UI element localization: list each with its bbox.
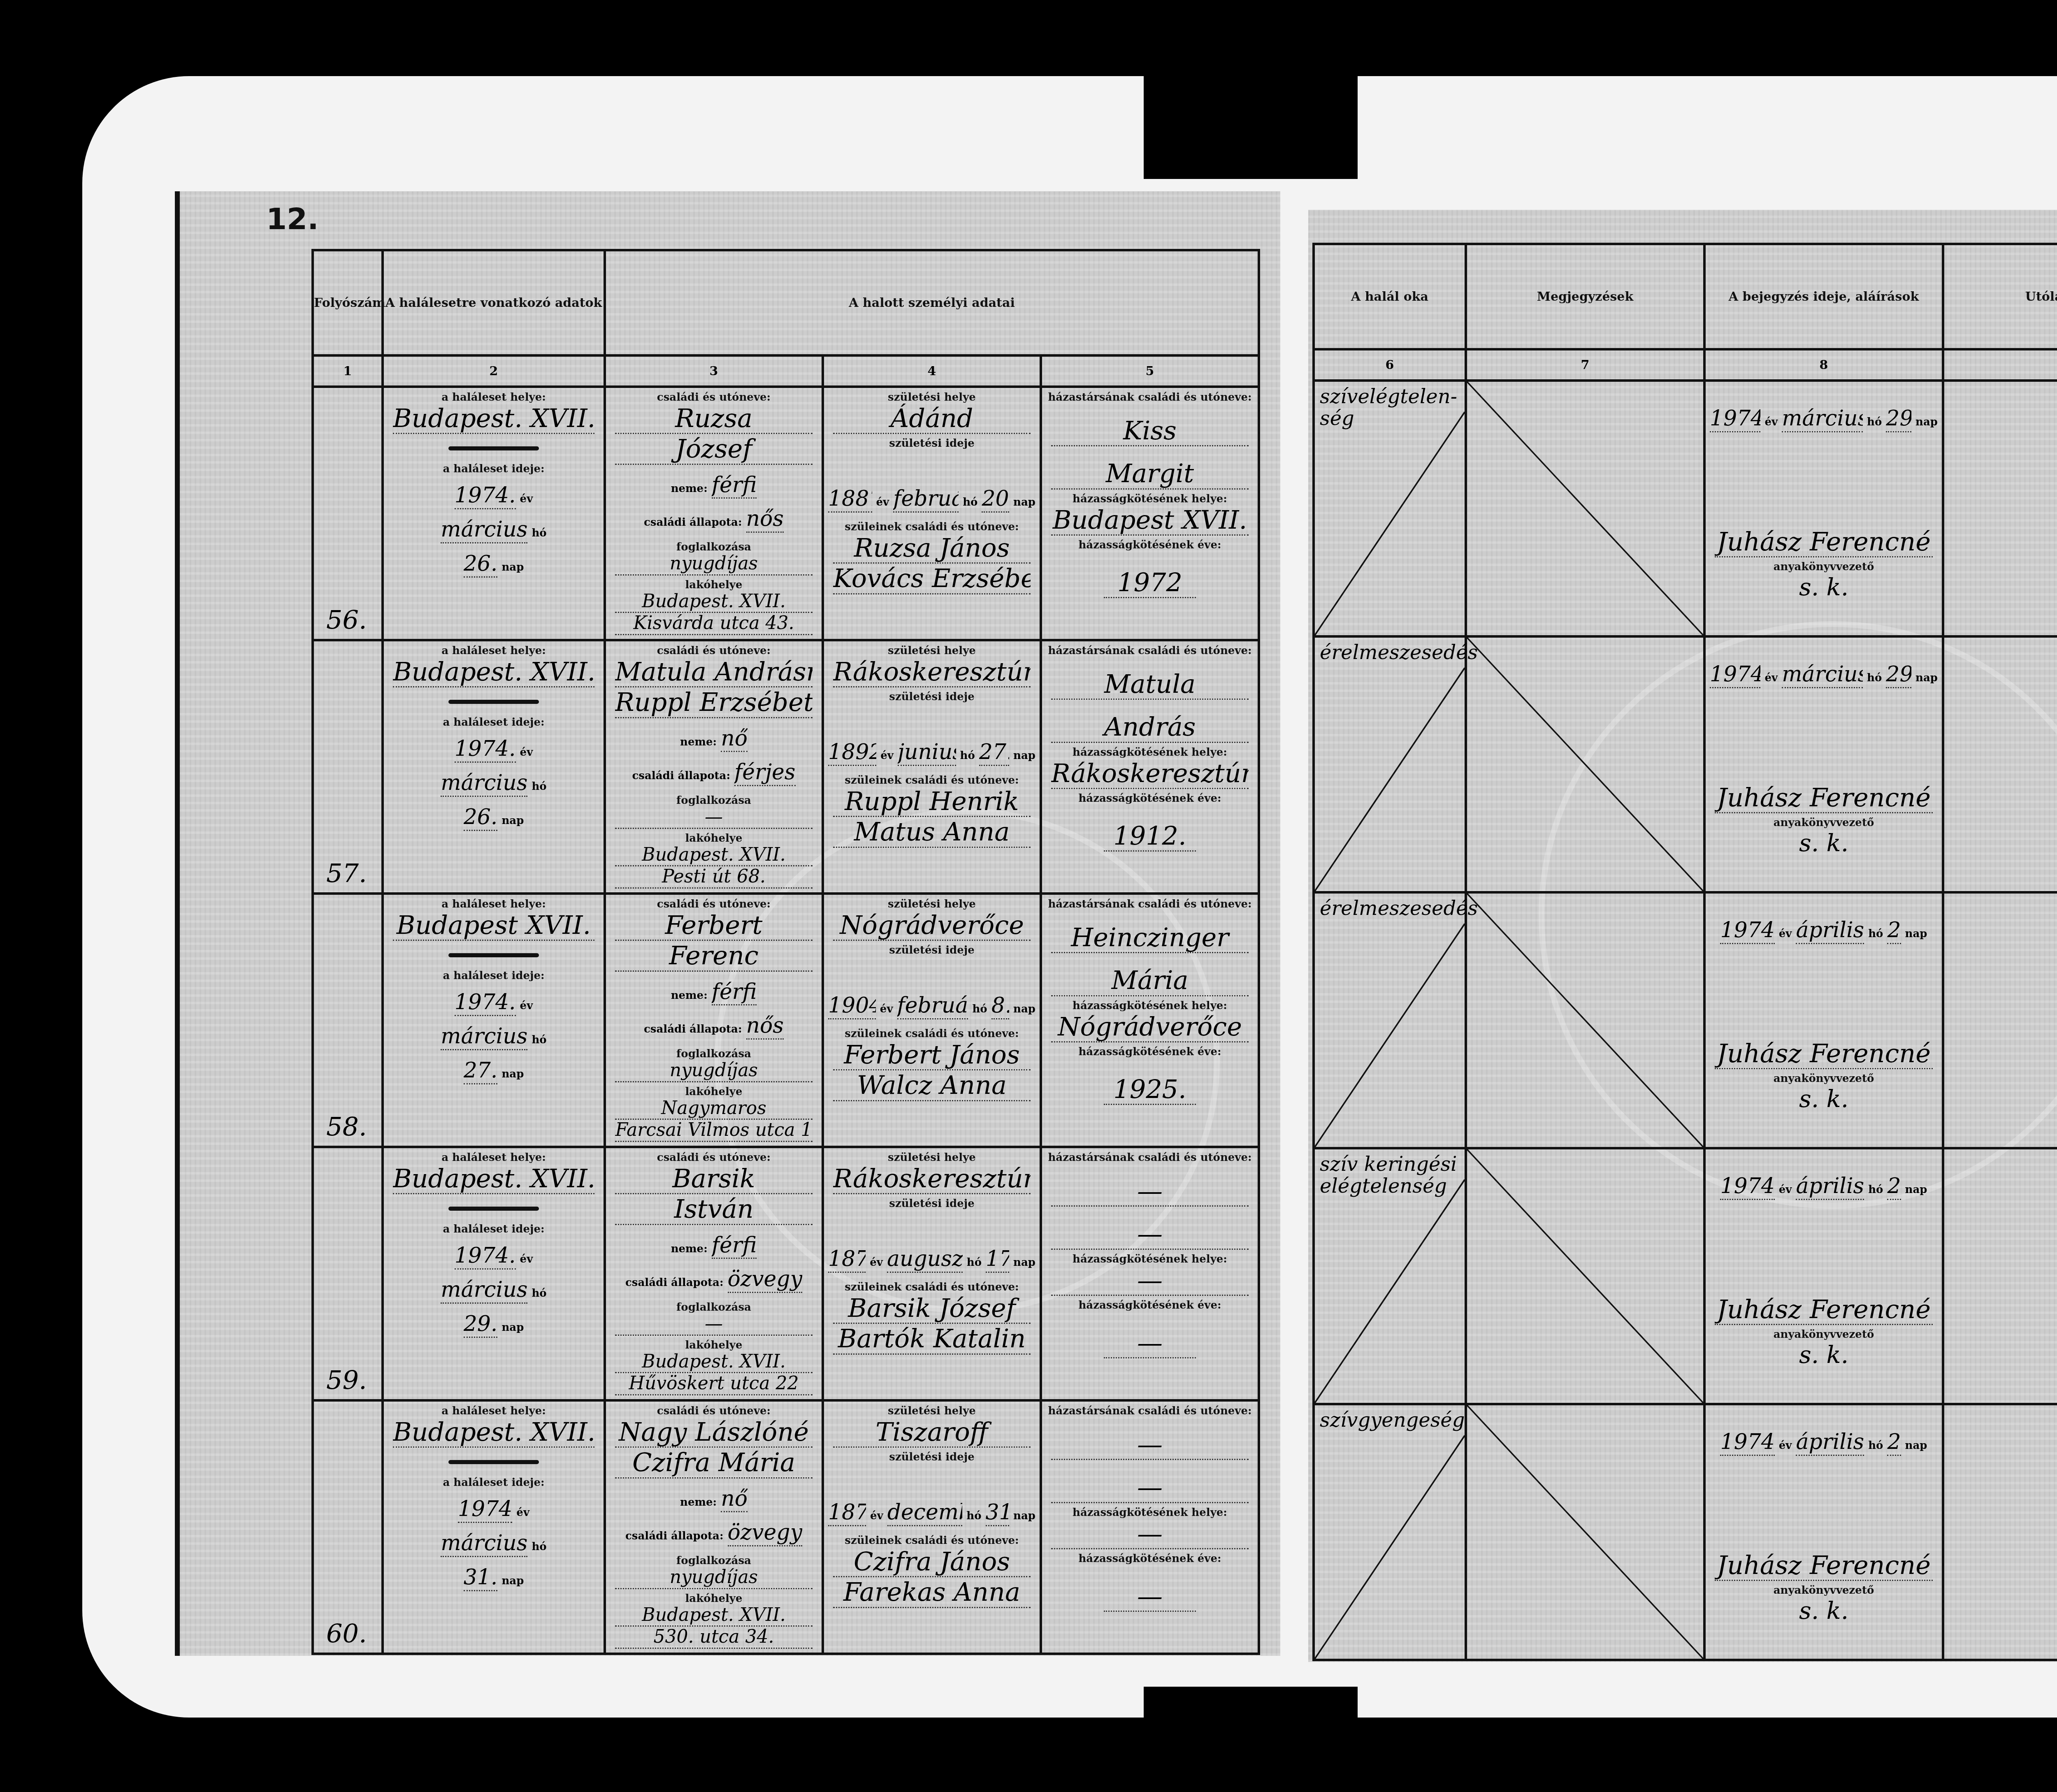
marriage-year-label: házasságkötésének éve: — [1042, 1046, 1258, 1058]
cancel-diagonal — [1315, 894, 1465, 1147]
father: Ruppl Henrik — [833, 787, 1031, 817]
occupation-label: foglalkozása — [606, 1555, 822, 1567]
entry-year: 1974 — [1710, 662, 1760, 688]
entry-day: 29 — [1886, 406, 1911, 432]
marriage-year: — — [1104, 1328, 1196, 1358]
cancel-diagonal — [1315, 1149, 1465, 1403]
death-time-label: a haláleset ideje: — [384, 1223, 604, 1235]
birth-cell: születési helye Rákoskeresztúr születési… — [823, 640, 1041, 894]
year-suffix: év — [870, 1256, 883, 1269]
register-entry: 60. a haláleset helye: Budapest. XVII. a… — [313, 1400, 1259, 1654]
sex-label: neme: — [680, 1496, 717, 1509]
name-label: családi és utóneve: — [606, 1151, 822, 1164]
left-entries: 56. a haláleset helye: Budapest. XVII. a… — [313, 387, 1259, 1654]
frame-gap — [1144, 76, 1358, 179]
remarks-cell — [1466, 892, 1704, 1148]
day-suffix: nap — [501, 1321, 524, 1334]
death-place-label: a haláleset helye: — [384, 898, 604, 910]
blank-dash — [448, 700, 539, 704]
spouse-surname: Heinczinger — [1051, 923, 1249, 953]
entry-year: 1974 — [1720, 1174, 1774, 1200]
column-number: 5 — [1041, 355, 1259, 387]
registrar-signature: Juhász Ferencné — [1715, 1295, 1933, 1325]
name-label: családi és utóneve: — [606, 1405, 822, 1417]
register-entry: 56. a haláleset helye: Budapest. XVII. a… — [313, 387, 1259, 640]
birth-cell: születési helye Nógrádverőce születési i… — [823, 894, 1041, 1147]
birth-month: február — [897, 993, 968, 1019]
death-day: 29. — [464, 1312, 498, 1338]
death-year: 1974. — [455, 1244, 516, 1270]
death-month: március — [441, 1278, 527, 1304]
residence-city: Nagymaros — [615, 1098, 813, 1120]
death-day: 26. — [464, 552, 498, 578]
cause-cell: érelmeszesedés — [1314, 892, 1466, 1148]
birth-year: 1904 — [828, 993, 876, 1019]
later-entries-cell — [1943, 1404, 2057, 1660]
spouse-cell: házastársának családi és utóneve: — — há… — [1041, 1147, 1259, 1400]
entry-number-cell: 60. — [313, 1400, 383, 1654]
birth-month: augusztus — [887, 1247, 963, 1273]
residence-label: lakóhelye — [606, 1592, 822, 1605]
entry-number-cell: 58. — [313, 894, 383, 1147]
blank-dash — [448, 953, 539, 957]
death-data-cell: a haláleset helye: Budapest. XVII. a hal… — [383, 1400, 605, 1654]
birth-month: február — [893, 487, 959, 513]
day-suffix: nap — [501, 1575, 524, 1587]
marital-label: családi állapota: — [632, 770, 730, 782]
year-suffix: év — [880, 1003, 893, 1015]
death-month: március — [441, 518, 527, 543]
entry-month: április — [1796, 1430, 1864, 1456]
marital-status: nős — [746, 507, 784, 533]
registrar-label: anyakönyvvezető — [1706, 561, 1942, 573]
cause-cell: szív keringési elégtelenség — [1314, 1148, 1466, 1404]
residence-city: Budapest. XVII. — [615, 591, 813, 613]
register-entry-right: szív keringési elégtelenség 1974év ápril… — [1314, 1148, 2057, 1404]
birth-time-label: születési ideje — [824, 437, 1040, 450]
parents-label: szüleinek családi és utóneve: — [824, 521, 1040, 533]
name-cell: családi és utóneve: Ruzsa József neme:fé… — [605, 387, 823, 640]
birth-day: 17. — [986, 1247, 1009, 1273]
residence-street: Hűvöskert utca 22 — [615, 1373, 813, 1395]
day-suffix: nap — [1013, 496, 1035, 508]
day-suffix: nap — [1905, 1184, 1927, 1196]
marriage-year: 1972 — [1104, 568, 1196, 598]
spouse-given-name: András — [1051, 712, 1249, 743]
death-time-label: a haláleset ideje: — [384, 970, 604, 982]
parents-label: szüleinek családi és utóneve: — [824, 1028, 1040, 1040]
marriage-place-label: házasságkötésének helye: — [1042, 746, 1258, 759]
spouse-given-name: Mária — [1051, 966, 1249, 996]
death-time-label: a haláleset ideje: — [384, 716, 604, 729]
entry-number-cell: 59. — [313, 1147, 383, 1400]
occupation: nyugdíjas — [615, 1567, 813, 1589]
death-place-label: a haláleset helye: — [384, 391, 604, 404]
father: Czifra János — [833, 1547, 1031, 1577]
residence-city: Budapest. XVII. — [615, 1351, 813, 1374]
day-suffix: nap — [1013, 1510, 1035, 1522]
occupation-label: foglalkozása — [606, 1048, 822, 1060]
death-data-cell: a haláleset helye: Budapest. XVII. a hal… — [383, 387, 605, 640]
cause-cell: érelmeszesedés — [1314, 636, 1466, 892]
spouse-surname: — — [1051, 1430, 1249, 1460]
marriage-place: Rákoskeresztúr — [1051, 759, 1249, 789]
day-suffix: nap — [1915, 416, 1938, 428]
entry-date-cell: 1974év áprilishó 2nap Juhász Ferencné an… — [1704, 1404, 1943, 1660]
parents-label: szüleinek családi és utóneve: — [824, 1281, 1040, 1293]
column-number: 8 — [1704, 349, 1943, 381]
birth-day: 31. — [986, 1500, 1010, 1526]
month-suffix: hó — [960, 750, 975, 762]
mother: Farekas Anna — [833, 1577, 1031, 1608]
cancel-diagonal — [1467, 894, 1703, 1147]
blank-dash — [448, 1460, 539, 1464]
registrar-signature: Juhász Ferencné — [1715, 527, 1933, 557]
birth-time-label: születési ideje — [824, 1451, 1040, 1463]
entry-date-cell: 1974év áprilishó 2nap Juhász Ferencné an… — [1704, 1148, 1943, 1404]
given-name: István — [615, 1194, 813, 1225]
spouse-surname: — — [1051, 1176, 1249, 1207]
birth-place-label: születési helye — [824, 391, 1040, 404]
year-suffix: év — [520, 1000, 533, 1012]
month-suffix: hó — [1868, 928, 1883, 940]
month-suffix: hó — [532, 1541, 546, 1553]
month-suffix: hó — [1868, 1184, 1883, 1196]
cause-cell: szívelégtelen-ség — [1314, 381, 1466, 636]
birth-place-label: születési helye — [824, 898, 1040, 910]
marriage-place: — — [1051, 1265, 1249, 1296]
year-suffix: év — [520, 1253, 533, 1265]
residence-label: lakóhelye — [606, 1086, 822, 1098]
spouse-given-name: — — [1051, 1472, 1249, 1503]
occupation: — — [615, 1314, 813, 1336]
spouse-label: házastársának családi és utóneve: — [1042, 645, 1258, 657]
marital-status: férjes — [734, 760, 795, 786]
marriage-place-label: házasságkötésének helye: — [1042, 1253, 1258, 1265]
register-entry-right: érelmeszesedés 1974év áprilishó 2nap Juh… — [1314, 892, 2057, 1148]
entry-number-cell: 56. — [313, 387, 383, 640]
marital-label: családi állapota: — [625, 1530, 724, 1542]
sex: férfi — [712, 473, 757, 499]
month-suffix: hó — [532, 1034, 546, 1046]
entry-year: 1974 — [1720, 1430, 1774, 1456]
header-folyoszam: Folyószám — [313, 250, 383, 355]
entry-month: március — [1782, 406, 1863, 432]
year-suffix: év — [516, 1506, 529, 1519]
marriage-place: Nógrádverőce — [1051, 1012, 1249, 1042]
birth-time-label: születési ideje — [824, 944, 1040, 956]
sk-mark: s. k. — [1706, 1341, 1942, 1369]
birth-cell: születési helye Rákoskeresztúr születési… — [823, 1147, 1041, 1400]
given-name: Czifra Mária — [615, 1448, 813, 1478]
birth-cell: születési helye Ádánd születési ideje 18… — [823, 387, 1041, 640]
entry-number-cell: 57. — [313, 640, 383, 894]
sk-mark: s. k. — [1706, 573, 1942, 601]
entry-day: 2 — [1887, 918, 1901, 944]
residence-street: 530. utca 34. — [615, 1627, 813, 1649]
register-table-right: A halál oka Megjegyzések A bejegyzés ide… — [1312, 243, 2057, 1661]
registrar-signature: Juhász Ferencné — [1715, 1039, 1933, 1069]
registrar-label: anyakönyvvezető — [1706, 1072, 1942, 1085]
parents-label: szüleinek családi és utóneve: — [824, 774, 1040, 787]
year-suffix: év — [1764, 416, 1778, 428]
right-page: 12. A halál oka Megjegyzések A bejegyzés… — [1308, 210, 2057, 1662]
cancel-diagonal — [1467, 1405, 1703, 1659]
page-number-left: 12. — [266, 202, 319, 236]
occupation: — — [615, 807, 813, 829]
spouse-cell: házastársának családi és utóneve: Matula… — [1041, 640, 1259, 894]
entry-month: április — [1796, 1174, 1864, 1200]
frame-gap-bottom — [1144, 1687, 1358, 1720]
sk-mark: s. k. — [1706, 1085, 1942, 1113]
register-entry-right: szívgyengeség 1974év áprilishó 2nap Juhá… — [1314, 1404, 2057, 1660]
residence-city: Budapest. XVII. — [615, 845, 813, 867]
column-number: 2 — [383, 355, 605, 387]
death-year: 1974. — [455, 737, 516, 763]
blank-dash — [448, 1207, 539, 1211]
month-suffix: hó — [1867, 416, 1882, 428]
spouse-label: házastársának családi és utóneve: — [1042, 1405, 1258, 1417]
entry-year: 1974 — [1710, 406, 1760, 432]
month-suffix: hó — [1867, 672, 1882, 684]
marriage-place: — — [1051, 1519, 1249, 1549]
month-suffix: hó — [963, 496, 977, 508]
sex: nő — [721, 1487, 748, 1513]
surname: Ruzsa — [615, 404, 813, 434]
day-suffix: nap — [1013, 1003, 1035, 1015]
column-number: 3 — [605, 355, 823, 387]
entry-number: 59. — [326, 1365, 367, 1395]
mother: Kovács Erzsébet — [833, 564, 1031, 594]
death-month: március — [441, 1024, 527, 1050]
given-name: Ferenc — [615, 941, 813, 971]
given-name: Ruppl Erzsébet — [615, 687, 813, 718]
year-suffix: év — [870, 1510, 883, 1522]
birth-day: 27. — [979, 740, 1009, 766]
death-place: Budapest XVII. — [393, 910, 594, 941]
header-cause-of-death: A halál oka — [1314, 244, 1466, 349]
entry-day: 2 — [1887, 1174, 1901, 1200]
register-entry: 59. a haláleset helye: Budapest. XVII. a… — [313, 1147, 1259, 1400]
day-suffix: nap — [1905, 928, 1927, 940]
name-label: családi és utóneve: — [606, 898, 822, 910]
name-cell: családi és utóneve: Matula Andrásné Rupp… — [605, 640, 823, 894]
death-day: 26. — [464, 805, 498, 831]
spouse-cell: házastársának családi és utóneve: Kiss M… — [1041, 387, 1259, 640]
entry-number: 56. — [326, 605, 367, 635]
marital-label: családi állapota: — [644, 1023, 742, 1035]
sex-label: neme: — [680, 736, 717, 748]
father: Ruzsa János — [833, 533, 1031, 564]
register-table-left: Folyószám A halálesetre vonatkozó adatok… — [311, 249, 1260, 1655]
month-suffix: hó — [532, 527, 546, 539]
marriage-place-label: házasságkötésének helye: — [1042, 1000, 1258, 1012]
death-place: Budapest. XVII. — [393, 1417, 594, 1448]
sex: nő — [721, 727, 748, 752]
mother: Matus Anna — [833, 817, 1031, 847]
surname: Nagy Lászlóné — [615, 1417, 813, 1448]
registrar-signature: Juhász Ferencné — [1715, 1551, 1933, 1581]
register-entry: 57. a haláleset helye: Budapest. XVII. a… — [313, 640, 1259, 894]
mother: Bartók Katalin — [833, 1324, 1031, 1354]
month-suffix: hó — [532, 1287, 546, 1300]
blank-dash — [448, 446, 539, 450]
birth-day: 8. — [991, 993, 1009, 1019]
given-name: József — [615, 434, 813, 464]
death-data-cell: a haláleset helye: Budapest. XVII. a hal… — [383, 640, 605, 894]
entry-number: 57. — [326, 858, 367, 888]
day-suffix: nap — [1013, 1256, 1035, 1269]
cancel-diagonal — [1315, 638, 1465, 891]
header-personal-data: A halott személyi adatai — [605, 250, 1259, 355]
marriage-place: Budapest XVII. — [1051, 505, 1249, 536]
occupation-label: foglalkozása — [606, 541, 822, 553]
sk-mark: s. k. — [1706, 829, 1942, 857]
marriage-place-label: házasságkötésének helye: — [1042, 493, 1258, 505]
year-suffix: év — [1779, 1184, 1792, 1196]
name-cell: családi és utóneve: Nagy Lászlóné Czifra… — [605, 1400, 823, 1654]
birth-time-label: születési ideje — [824, 1198, 1040, 1210]
father: Ferbert János — [833, 1040, 1031, 1070]
birth-year: 1879 — [828, 1500, 866, 1526]
occupation: nyugdíjas — [615, 553, 813, 576]
sex-label: neme: — [671, 483, 708, 495]
surname: Matula Andrásné — [615, 657, 813, 687]
later-entries-cell — [1943, 892, 2057, 1148]
remarks-cell — [1466, 1148, 1704, 1404]
month-suffix: hó — [967, 1256, 982, 1269]
birth-year: 1892 — [828, 740, 876, 766]
entry-day: 2 — [1887, 1430, 1901, 1456]
birth-time-label: születési ideje — [824, 691, 1040, 703]
birth-place-label: születési helye — [824, 645, 1040, 657]
later-entries-cell — [1943, 636, 2057, 892]
birth-day: 20. — [982, 487, 1009, 513]
sex-label: neme: — [671, 989, 708, 1002]
death-data-cell: a haláleset helye: Budapest. XVII. a hal… — [383, 1147, 605, 1400]
name-cell: családi és utóneve: Barsik István neme:f… — [605, 1147, 823, 1400]
sex: férfi — [712, 1233, 757, 1259]
spouse-label: házastársának családi és utóneve: — [1042, 898, 1258, 910]
birth-cell: születési helye Tiszaroff születési idej… — [823, 1400, 1041, 1654]
death-year: 1974. — [455, 990, 516, 1016]
occupation: nyugdíjas — [615, 1060, 813, 1082]
marriage-year: 1925. — [1104, 1075, 1196, 1105]
death-place: Budapest. XVII. — [393, 657, 594, 687]
register-entry-right: érelmeszesedés 1974év márciushó 29nap Ju… — [1314, 636, 2057, 892]
later-entries-cell — [1943, 381, 2057, 636]
month-suffix: hó — [972, 1003, 987, 1015]
spouse-label: házastársának családi és utóneve: — [1042, 391, 1258, 404]
register-entry: 58. a haláleset helye: Budapest XVII. a … — [313, 894, 1259, 1147]
birth-place-label: születési helye — [824, 1151, 1040, 1164]
register-entry-right: szívelégtelen-ség 1974év márciushó 29nap… — [1314, 381, 2057, 636]
death-month: március — [441, 1531, 527, 1557]
header-remarks: Megjegyzések — [1466, 244, 1704, 349]
spouse-given-name: Margit — [1051, 459, 1249, 489]
marital-status: nős — [746, 1014, 784, 1040]
registrar-label: anyakönyvvezető — [1706, 1328, 1942, 1341]
spouse-cell: házastársának családi és utóneve: — — há… — [1041, 1400, 1259, 1654]
birth-month: december — [887, 1500, 962, 1526]
death-data-cell: a haláleset helye: Budapest XVII. a halá… — [383, 894, 605, 1147]
day-suffix: nap — [501, 815, 524, 827]
year-suffix: év — [1779, 928, 1792, 940]
registrar-label: anyakönyvvezető — [1706, 1584, 1942, 1597]
death-year: 1974. — [455, 483, 516, 509]
year-suffix: év — [520, 493, 533, 505]
sex-label: neme: — [671, 1243, 708, 1255]
marriage-year-label: házasságkötésének éve: — [1042, 792, 1258, 805]
spouse-given-name: — — [1051, 1219, 1249, 1249]
cancel-diagonal — [1315, 1405, 1465, 1659]
mother: Walcz Anna — [833, 1070, 1031, 1101]
entry-year: 1974 — [1720, 918, 1774, 944]
header-entry-date: A bejegyzés ideje, aláírások — [1704, 244, 1943, 349]
residence-city: Budapest. XVII. — [615, 1605, 813, 1627]
marital-status: özvegy — [728, 1520, 803, 1546]
death-day: 27. — [464, 1058, 498, 1084]
month-suffix: hó — [532, 780, 546, 793]
birth-month: junius — [898, 740, 956, 766]
death-time-label: a haláleset ideje: — [384, 1476, 604, 1489]
birth-year: 1887 — [828, 487, 872, 513]
spouse-label: házastársának családi és utóneve: — [1042, 1151, 1258, 1164]
birth-year: 1878 — [828, 1247, 866, 1273]
parents-label: szüleinek családi és utóneve: — [824, 1534, 1040, 1547]
registrar-label: anyakönyvvezető — [1706, 817, 1942, 829]
column-number: 6 — [1314, 349, 1466, 381]
cancel-diagonal — [1467, 382, 1703, 635]
residence-street: Kisvárda utca 43. — [615, 613, 813, 635]
father: Barsik József — [833, 1293, 1031, 1324]
entry-date-cell: 1974év márciushó 29nap Juhász Ferencné a… — [1704, 636, 1943, 892]
death-place: Budapest. XVII. — [393, 1164, 594, 1194]
birth-place-label: születési helye — [824, 1405, 1040, 1417]
year-suffix: év — [880, 750, 894, 762]
marriage-year-label: házasságkötésének éve: — [1042, 1299, 1258, 1312]
name-cell: családi és utóneve: Ferbert Ferenc neme:… — [605, 894, 823, 1147]
day-suffix: nap — [1905, 1439, 1927, 1452]
day-suffix: nap — [1013, 750, 1035, 762]
surname: Ferbert — [615, 910, 813, 941]
marriage-year-label: házasságkötésének éve: — [1042, 1553, 1258, 1565]
left-page: 12. Folyószám A halálesetre vonatkozó ad… — [175, 191, 1280, 1656]
marriage-year-label: házasságkötésének éve: — [1042, 539, 1258, 551]
sk-mark: s. k. — [1706, 1597, 1942, 1625]
birth-place: Tiszaroff — [833, 1417, 1031, 1448]
year-suffix: év — [1779, 1439, 1792, 1452]
cancel-diagonal — [1467, 638, 1703, 891]
death-year: 1974 — [458, 1497, 512, 1523]
day-suffix: nap — [501, 561, 524, 573]
death-place-label: a haláleset helye: — [384, 645, 604, 657]
column-number: 4 — [823, 355, 1041, 387]
marriage-year: — — [1104, 1581, 1196, 1612]
cancel-diagonal — [1467, 1149, 1703, 1403]
occupation-label: foglalkozása — [606, 1301, 822, 1314]
residence-label: lakóhelye — [606, 832, 822, 845]
spouse-surname: Matula — [1051, 669, 1249, 700]
residence-label: lakóhelye — [606, 579, 822, 591]
death-time-label: a haláleset ideje: — [384, 463, 604, 475]
entry-date-cell: 1974év áprilishó 2nap Juhász Ferencné an… — [1704, 892, 1943, 1148]
cause-cell: szívgyengeség — [1314, 1404, 1466, 1660]
residence-label: lakóhelye — [606, 1339, 822, 1351]
death-place-label: a haláleset helye: — [384, 1151, 604, 1164]
marital-label: családi állapota: — [625, 1277, 724, 1289]
day-suffix: nap — [1915, 672, 1938, 684]
